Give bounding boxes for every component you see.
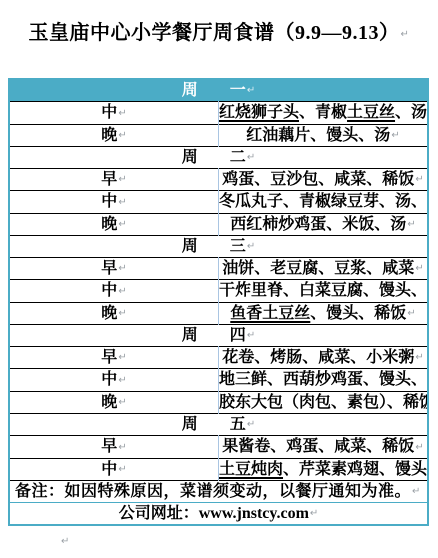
cell-end-mark: ↵ <box>117 108 126 119</box>
day-header-cell: 周 一↵ <box>9 79 428 102</box>
meal-row: 晚↵西红柿炒鸡蛋、米饭、汤↵ <box>9 213 428 235</box>
meal-label-cell: 中↵ <box>9 102 219 124</box>
menu-item-text: 周 三 <box>182 238 246 255</box>
meal-row: 早↵鸡蛋、豆沙包、咸菜、稀饭↵ <box>9 169 428 191</box>
day-header-row: 周 四↵ <box>9 324 428 346</box>
menu-item-text: 、青椒 <box>299 104 347 121</box>
menu-item-text: 中 <box>101 193 117 210</box>
menu-item-text: 花卷、烤肠、咸菜、小米粥 <box>222 349 414 366</box>
meal-items-cell: 油饼、老豆腐、豆浆、咸菜↵ <box>219 258 429 280</box>
meal-row: 中↵干炸里脊、白菜豆腐、馒头、汤↵ <box>9 280 428 302</box>
cell-end-mark: ↵ <box>117 442 126 453</box>
paragraph-mark: ↵ <box>400 29 410 40</box>
menu-item-text: 晚 <box>101 305 117 322</box>
cell-end-mark: ↵ <box>117 308 126 319</box>
cell-end-mark: ↵ <box>406 308 415 319</box>
menu-item-text: 鱼香土豆丝 <box>230 305 310 322</box>
cell-end-mark: ↵ <box>246 152 255 163</box>
cell-end-mark: ↵ <box>390 130 399 141</box>
menu-item-text: 早 <box>101 349 117 366</box>
menu-item-text: 晚 <box>101 216 117 233</box>
menu-item-text: 红油藕片、馒头、汤 <box>246 127 390 144</box>
cell-end-mark: ↵ <box>117 263 126 274</box>
meal-label-cell: 晚↵ <box>9 213 219 235</box>
meal-items-cell: 西红柿炒鸡蛋、米饭、汤↵ <box>219 213 429 235</box>
menu-item-text: 早 <box>101 260 117 277</box>
meal-items-cell: 地三鲜、西葫炒鸡蛋、馒头、汤↵ <box>219 369 429 391</box>
menu-item-text: 果酱卷、鸡蛋、咸菜、稀饭 <box>222 438 414 455</box>
day-header-row: 周 一↵ <box>9 79 428 102</box>
cell-end-mark: ↵ <box>246 419 255 430</box>
meal-label-cell: 晚↵ <box>9 302 219 324</box>
menu-item-text: 、馒头、稀饭 <box>310 305 406 322</box>
menu-item-text: 中 <box>101 371 117 388</box>
meal-label-cell: 早↵ <box>9 436 219 458</box>
menu-item-text: 晚 <box>101 127 117 144</box>
paragraph-mark: ↵ <box>60 536 69 547</box>
menu-item-text: 周 五 <box>182 416 246 433</box>
menu-item-text: 备注：如因特殊原因，菜谱须变动，以餐厅通知为准。 <box>15 483 411 500</box>
meal-label-cell: 中↵ <box>9 191 219 213</box>
menu-item-text: 周 一 <box>182 82 246 99</box>
day-header-row: 周 三↵ <box>9 235 428 257</box>
menu-item-text: 周 二 <box>182 149 246 166</box>
menu-item-text: 西红柿炒鸡蛋、米饭、汤 <box>230 216 406 233</box>
day-header-cell: 周 五↵ <box>9 413 428 435</box>
meal-items-cell: 花卷、烤肠、咸菜、小米粥↵ <box>219 347 429 369</box>
cell-end-mark: ↵ <box>117 174 126 185</box>
meal-items-cell: 红烧狮子头、青椒土豆丝、汤、馒头↵ <box>219 102 429 124</box>
meal-label-cell: 早↵ <box>9 169 219 191</box>
meal-label-cell: 晚↵ <box>9 391 219 413</box>
cell-end-mark: ↵ <box>411 486 421 497</box>
website-url: www.jnstcy.com <box>199 505 309 522</box>
cell-end-mark: ↵ <box>406 219 415 230</box>
meal-items-cell: 鱼香土豆丝、馒头、稀饭↵ <box>219 302 429 324</box>
note-row: 备注：如因特殊原因，菜谱须变动，以餐厅通知为准。↵ <box>9 480 428 502</box>
meal-label-cell: 中↵ <box>9 369 219 391</box>
menu-item-text: 晚 <box>101 394 117 411</box>
cell-end-mark: ↵ <box>117 352 126 363</box>
menu-item-text: 、芹菜素鸡翅、馒头、稀饭 <box>283 461 428 478</box>
cell-end-mark: ↵ <box>117 464 126 475</box>
menu-item-text: 鸡蛋、豆沙包、咸菜、稀饭 <box>222 171 414 188</box>
menu-item-text: 红烧狮子头 <box>219 104 299 121</box>
note-cell: 备注：如因特殊原因，菜谱须变动，以餐厅通知为准。↵ <box>9 480 428 502</box>
meal-row: 中↵红烧狮子头、青椒土豆丝、汤、馒头↵ <box>9 102 428 124</box>
meal-row: 晚↵胶东大包（肉包、素包）、稀饭↵ <box>9 391 428 413</box>
footer-row: 公司网址：www.jnstcy.com↵ <box>9 503 428 526</box>
cell-end-mark: ↵ <box>117 197 126 208</box>
meal-row: 中↵冬瓜丸子、青椒绿豆芽、汤、馒头↵ <box>9 191 428 213</box>
meal-label-cell: 中↵ <box>9 280 219 302</box>
cell-end-mark: ↵ <box>117 375 126 386</box>
cell-end-mark: ↵ <box>117 130 126 141</box>
day-header-cell: 周 三↵ <box>9 235 428 257</box>
menu-item-text: 、汤、馒头 <box>395 104 428 121</box>
document-title: 玉皇庙中心小学餐厅周食谱（9.9—9.13）↵ <box>0 0 438 45</box>
day-header-row: 周 二↵ <box>9 146 428 168</box>
cell-end-mark: ↵ <box>117 286 126 297</box>
cell-end-mark: ↵ <box>246 85 255 96</box>
menu-item-text: 中 <box>101 104 117 121</box>
menu-item-text: 土豆丝 <box>347 104 395 121</box>
meal-row: 中↵土豆炖肉、芹菜素鸡翅、馒头、稀饭↵ <box>9 458 428 480</box>
cell-end-mark: ↵ <box>309 508 318 519</box>
menu-item-text: 中 <box>101 282 117 299</box>
menu-table-body: 周 一↵中↵红烧狮子头、青椒土豆丝、汤、馒头↵晚↵红油藕片、馒头、汤↵周 二↵早… <box>9 79 428 525</box>
menu-item-text: 地三鲜、西葫炒鸡蛋、馒头、汤 <box>219 371 428 388</box>
cell-end-mark: ↵ <box>414 174 423 185</box>
day-header-row: 周 五↵ <box>9 413 428 435</box>
page-title: 玉皇庙中心小学餐厅周食谱（9.9—9.13） <box>29 22 400 44</box>
menu-item-text: 干炸里脊、白菜豆腐、馒头、汤 <box>219 282 428 299</box>
cell-end-mark: ↵ <box>117 397 126 408</box>
cell-end-mark: ↵ <box>414 352 423 363</box>
cell-end-mark: ↵ <box>414 442 423 453</box>
cell-end-mark: ↵ <box>246 241 255 252</box>
meal-items-cell: 干炸里脊、白菜豆腐、馒头、汤↵ <box>219 280 429 302</box>
cell-end-mark: ↵ <box>414 263 423 274</box>
meal-items-cell: 土豆炖肉、芹菜素鸡翅、馒头、稀饭↵ <box>219 458 429 480</box>
website-label: 公司网址： <box>119 505 199 522</box>
meal-row: 早↵油饼、老豆腐、豆浆、咸菜↵ <box>9 258 428 280</box>
meal-items-cell: 果酱卷、鸡蛋、咸菜、稀饭↵ <box>219 436 429 458</box>
menu-item-text: 早 <box>101 438 117 455</box>
meal-label-cell: 早↵ <box>9 347 219 369</box>
menu-item-text: 胶东大包（肉包、素包）、稀饭 <box>219 394 428 411</box>
menu-item-text: 早 <box>101 171 117 188</box>
meal-items-cell: 胶东大包（肉包、素包）、稀饭↵ <box>219 391 429 413</box>
menu-item-text: 中 <box>101 461 117 478</box>
menu-item-text: 冬瓜丸子、青椒绿豆芽、汤、馒头 <box>219 193 428 210</box>
meal-label-cell: 中↵ <box>9 458 219 480</box>
footer-cell: 公司网址：www.jnstcy.com↵ <box>9 503 428 526</box>
meal-row: 中↵地三鲜、西葫炒鸡蛋、馒头、汤↵ <box>9 369 428 391</box>
meal-label-cell: 早↵ <box>9 258 219 280</box>
meal-row: 早↵花卷、烤肠、咸菜、小米粥↵ <box>9 347 428 369</box>
meal-row: 早↵果酱卷、鸡蛋、咸菜、稀饭↵ <box>9 436 428 458</box>
meal-items-cell: 冬瓜丸子、青椒绿豆芽、汤、馒头↵ <box>219 191 429 213</box>
cell-end-mark: ↵ <box>117 219 126 230</box>
meal-label-cell: 晚↵ <box>9 124 219 146</box>
menu-item-text: 油饼、老豆腐、豆浆、咸菜 <box>222 260 414 277</box>
meal-items-cell: 红油藕片、馒头、汤↵ <box>219 124 429 146</box>
meal-row: 晚↵鱼香土豆丝、馒头、稀饭↵ <box>9 302 428 324</box>
menu-table: 周 一↵中↵红烧狮子头、青椒土豆丝、汤、馒头↵晚↵红油藕片、馒头、汤↵周 二↵早… <box>8 78 429 526</box>
menu-item-text: 土豆炖肉 <box>219 461 283 478</box>
meal-items-cell: 鸡蛋、豆沙包、咸菜、稀饭↵ <box>219 169 429 191</box>
day-header-cell: 周 二↵ <box>9 146 428 168</box>
cell-end-mark: ↵ <box>246 330 255 341</box>
menu-item-text: 周 四 <box>182 327 246 344</box>
day-header-cell: 周 四↵ <box>9 324 428 346</box>
meal-row: 晚↵红油藕片、馒头、汤↵ <box>9 124 428 146</box>
